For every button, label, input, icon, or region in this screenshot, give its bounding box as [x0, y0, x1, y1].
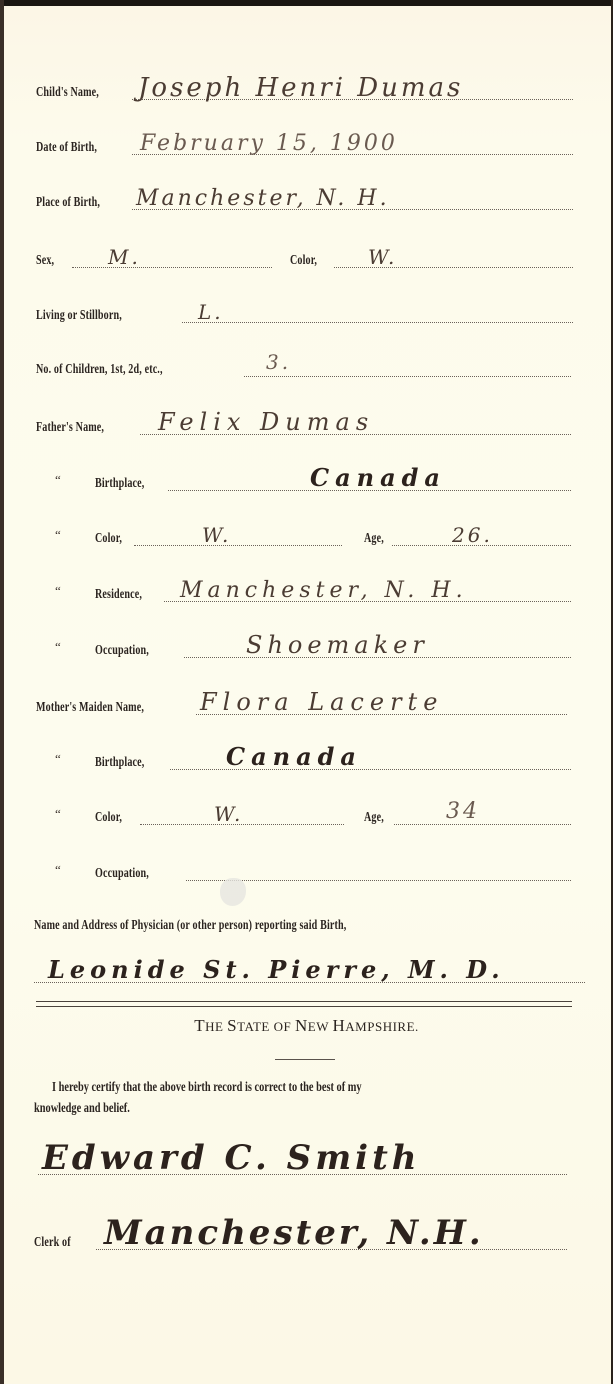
field-label: Clerk of: [34, 1235, 71, 1251]
handwritten-value: Flora Lacerte: [200, 688, 443, 716]
field-label: Occupation,: [95, 643, 149, 659]
ditto-mark: “: [55, 472, 61, 488]
field-mother-maiden-name: Mother's Maiden Name, Flora Lacerte: [0, 690, 613, 720]
field-sex-color: Sex, M. Color, W.: [0, 243, 613, 273]
field-label: Child's Name,: [36, 85, 99, 101]
field-label: Occupation,: [95, 866, 149, 882]
field-physician-value-row: Leonide St. Pierre, M. D.: [0, 958, 613, 988]
handwritten-value: L.: [198, 300, 224, 324]
fill-line: [394, 824, 571, 825]
field-label-color: Color,: [95, 810, 122, 826]
double-rule-top: [36, 1001, 572, 1002]
field-label: Place of Birth,: [36, 195, 100, 211]
field-mother-color-age: “ Color, W. Age, 34: [0, 800, 613, 830]
field-label: Date of Birth,: [36, 140, 97, 156]
ditto-mark: “: [55, 806, 61, 822]
handwritten-value: Felix Dumas: [158, 408, 374, 436]
fill-line: [186, 880, 571, 881]
handwritten-value: Shoemaker: [246, 631, 429, 659]
field-mother-birthplace: “ Birthplace, Canada: [0, 745, 613, 775]
ditto-mark: “: [55, 639, 61, 655]
field-father-color-age: “ Color, W. Age, 26.: [0, 521, 613, 551]
handwritten-value-age: 26.: [452, 523, 493, 547]
field-father-residence: “ Residence, Manchester, N. H.: [0, 577, 613, 607]
title-underline: [275, 1059, 335, 1060]
certification-line-2: knowledge and belief.: [34, 1101, 434, 1117]
handwritten-value: February 15, 1900: [140, 131, 398, 156]
handwritten-value-age: 34: [446, 799, 480, 824]
ditto-mark: “: [55, 862, 61, 878]
certification-line-1: I hereby certify that the above birth re…: [52, 1080, 452, 1096]
field-label: Living or Stillborn,: [36, 308, 122, 324]
field-label: Birthplace,: [95, 476, 144, 492]
handwritten-value: Manchester, N. H.: [180, 578, 468, 603]
clerk-signature-row: Edward C. Smith: [0, 1150, 613, 1180]
field-label: Residence,: [95, 587, 142, 603]
field-label: No. of Children, 1st, 2d, etc.,: [36, 362, 163, 378]
field-label-age: Age,: [364, 531, 384, 547]
ditto-mark: “: [55, 527, 61, 543]
handwritten-value: Canada: [226, 742, 362, 771]
handwritten-value: Joseph Henri Dumas: [138, 73, 463, 103]
field-number-of-children: No. of Children, 1st, 2d, etc., 3.: [0, 352, 613, 382]
clerk-of-row: Clerk of Manchester, N.H.: [0, 1225, 613, 1255]
handwritten-value: 3.: [266, 350, 291, 374]
field-place-of-birth: Place of Birth, Manchester, N. H.: [0, 185, 613, 215]
handwritten-value: Canada: [310, 463, 446, 492]
field-date-of-birth: Date of Birth, February 15, 1900: [0, 130, 613, 160]
field-mother-occupation: “ Occupation,: [0, 856, 613, 886]
field-physician-label-row: Name and Address of Physician (or other …: [0, 908, 613, 938]
field-father-name: Father's Name, Felix Dumas: [0, 410, 613, 440]
field-child-name: Child's Name, Joseph Henri Dumas: [0, 75, 613, 105]
field-label: Birthplace,: [95, 755, 144, 771]
clerk-signature: Edward C. Smith: [42, 1138, 421, 1178]
fill-line: [244, 376, 571, 377]
ditto-mark: “: [55, 583, 61, 599]
field-label-age: Age,: [364, 810, 384, 826]
handwritten-value-color: W.: [202, 523, 231, 547]
handwritten-value: Manchester, N. H.: [136, 186, 390, 211]
field-label: Mother's Maiden Name,: [36, 700, 144, 716]
field-label: Name and Address of Physician (or other …: [34, 918, 346, 934]
handwritten-value-sex: M.: [108, 245, 141, 269]
fill-line: [182, 322, 573, 323]
field-father-occupation: “ Occupation, Shoemaker: [0, 633, 613, 663]
state-title: THE STATE OF NEW HAMPSHIRE.: [0, 1016, 613, 1036]
field-label-sex: Sex,: [36, 253, 54, 269]
double-rule-bottom: [36, 1006, 572, 1007]
field-label-color: Color,: [95, 531, 122, 547]
handwritten-value: Manchester, N.H.: [104, 1213, 484, 1253]
field-living-or-stillborn: Living or Stillborn, L.: [0, 298, 613, 328]
handwritten-value: Leonide St. Pierre, M. D.: [48, 955, 505, 984]
handwritten-value-color: W.: [214, 802, 243, 826]
fill-line: [72, 267, 272, 268]
field-father-birthplace: “ Birthplace, Canada: [0, 466, 613, 496]
fill-line: [134, 545, 342, 546]
ditto-mark: “: [55, 751, 61, 767]
field-label-color: Color,: [290, 253, 317, 269]
handwritten-value-color: W.: [368, 245, 397, 269]
field-label: Father's Name,: [36, 420, 104, 436]
